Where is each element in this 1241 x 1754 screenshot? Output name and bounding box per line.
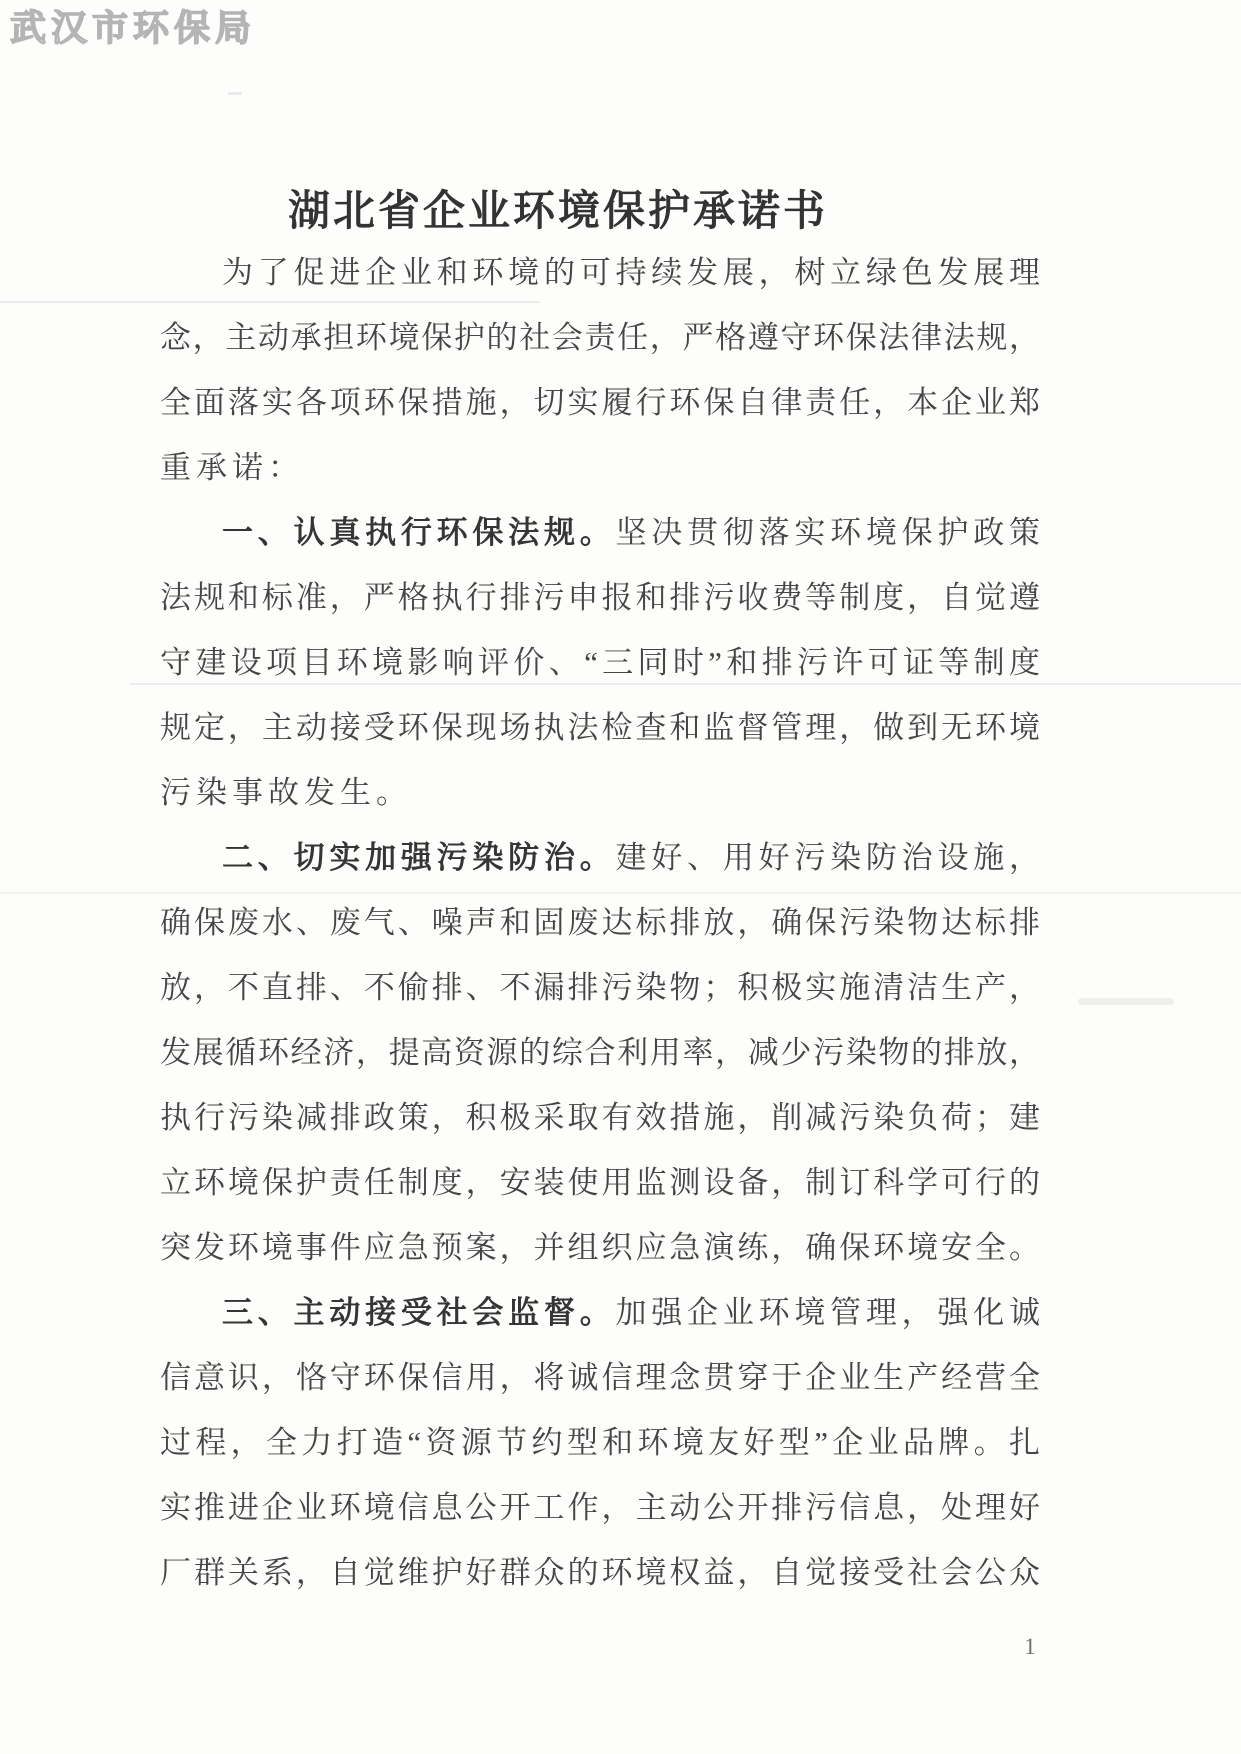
- text-line: 守建设项目环境影响评价、“三同时”和排污许可证等制度: [160, 630, 1040, 695]
- text-line: 规定，主动接受环保现场执法检查和监督管理，做到无环境: [160, 695, 1040, 760]
- text-line: 厂群关系，自觉维护好群众的环境权益，自觉接受社会公众: [160, 1540, 1040, 1605]
- section-2-heading: 二、切实加强污染防治。: [222, 840, 616, 875]
- line-text: 全面落实各项环保措施，切实履行环保自律责任，本企业郑: [160, 385, 1040, 420]
- text-line: 全面落实各项环保措施，切实履行环保自律责任，本企业郑: [160, 370, 1040, 435]
- line-text: 立环境保护责任制度，安装使用监测设备，制订科学可行的: [160, 1165, 1040, 1200]
- line-text: 执行污染减排政策，积极采取有效措施，削减污染负荷；建: [160, 1100, 1040, 1135]
- line-text: 念，主动承担环境保护的社会责任，严格遵守环保法律法规，: [160, 320, 1040, 355]
- scanned-document-page: 武汉市环保局 湖北省企业环境保护承诺书 为了促进企业和环境的可持续发展，树立绿色…: [0, 0, 1241, 1754]
- line-text: 为了促进企业和环境的可持续发展，树立绿色发展理: [222, 255, 1040, 290]
- text-line: 发展循环经济，提高资源的综合利用率，减少污染物的排放，: [160, 1020, 1040, 1085]
- text-line: 污染事故发生。: [160, 760, 1040, 825]
- line-text: 污染事故发生。: [160, 775, 412, 810]
- text-line: 重承诺：: [160, 435, 1040, 500]
- text-line: 为了促进企业和环境的可持续发展，树立绿色发展理: [160, 240, 1040, 305]
- line-text: 坚决贯彻落实环境保护政策: [616, 515, 1041, 550]
- line-text: 放，不直排、不偷排、不漏排污染物；积极实施清洁生产，: [160, 970, 1040, 1005]
- line-text: 确保废水、废气、噪声和固废达标排放，确保污染物达标排: [160, 905, 1040, 940]
- section-1-heading: 一、认真执行环保法规。: [222, 515, 616, 550]
- text-line: 立环境保护责任制度，安装使用监测设备，制订科学可行的: [160, 1150, 1040, 1215]
- line-text: 信意识，恪守环保信用，将诚信理念贯穿于企业生产经营全: [160, 1360, 1040, 1395]
- scan-artifact: [1078, 998, 1174, 1005]
- line-text: 实推进企业环境信息公开工作，主动公开排污信息，处理好: [160, 1490, 1040, 1525]
- text-line: 二、切实加强污染防治。建好、用好污染防治设施，: [160, 825, 1040, 890]
- text-line: 念，主动承担环境保护的社会责任，严格遵守环保法律法规，: [160, 305, 1040, 370]
- line-text: 加强企业环境管理，强化诚: [616, 1295, 1041, 1330]
- text-line: 实推进企业环境信息公开工作，主动公开排污信息，处理好: [160, 1475, 1040, 1540]
- line-text: 守建设项目环境影响评价、“三同时”和排污许可证等制度: [160, 645, 1040, 680]
- line-text: 过程，全力打造“资源节约型和环境友好型”企业品牌。扎: [160, 1425, 1040, 1460]
- text-line: 法规和标准，严格执行排污申报和排污收费等制度，自觉遵: [160, 565, 1040, 630]
- line-text: 重承诺：: [160, 450, 304, 485]
- line-text: 发展循环经济，提高资源的综合利用率，减少污染物的排放，: [160, 1035, 1040, 1070]
- line-text: 厂群关系，自觉维护好群众的环境权益，自觉接受社会公众: [160, 1555, 1040, 1590]
- text-line: 执行污染减排政策，积极采取有效措施，削减污染负荷；建: [160, 1085, 1040, 1150]
- document-title: 湖北省企业环境保护承诺书: [118, 178, 998, 238]
- text-line: 三、主动接受社会监督。加强企业环境管理，强化诚: [160, 1280, 1040, 1345]
- text-line: 信意识，恪守环保信用，将诚信理念贯穿于企业生产经营全: [160, 1345, 1040, 1410]
- line-text: 法规和标准，严格执行排污申报和排污收费等制度，自觉遵: [160, 580, 1040, 615]
- line-text: 建好、用好污染防治设施，: [616, 840, 1041, 875]
- text-line: 一、认真执行环保法规。坚决贯彻落实环境保护政策: [160, 500, 1040, 565]
- agency-watermark: 武汉市环保局: [10, 0, 256, 51]
- text-line: 过程，全力打造“资源节约型和环境友好型”企业品牌。扎: [160, 1410, 1040, 1475]
- document-body: 为了促进企业和环境的可持续发展，树立绿色发展理 念，主动承担环境保护的社会责任，…: [160, 240, 1040, 1605]
- line-text: 突发环境事件应急预案，并组织应急演练，确保环境安全。: [160, 1230, 1040, 1265]
- text-line: 放，不直排、不偷排、不漏排污染物；积极实施清洁生产，: [160, 955, 1040, 1020]
- text-line: 确保废水、废气、噪声和固废达标排放，确保污染物达标排: [160, 890, 1040, 955]
- page-number: 1: [1018, 1634, 1042, 1660]
- section-3-heading: 三、主动接受社会监督。: [222, 1295, 616, 1330]
- scan-artifact: [228, 92, 242, 95]
- line-text: 规定，主动接受环保现场执法检查和监督管理，做到无环境: [160, 710, 1040, 745]
- text-line: 突发环境事件应急预案，并组织应急演练，确保环境安全。: [160, 1215, 1040, 1280]
